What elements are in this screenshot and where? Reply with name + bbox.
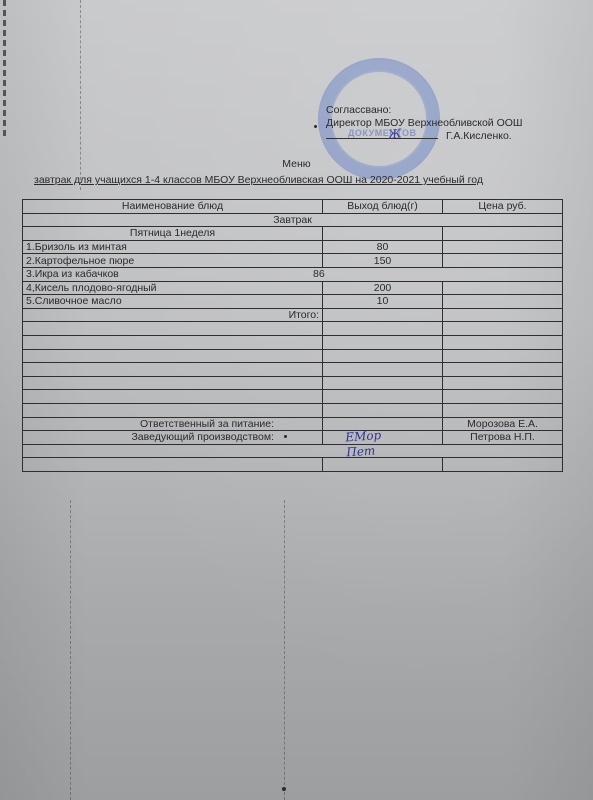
responsible-name: Морозова Е.А. <box>443 417 563 431</box>
empty-row <box>23 444 563 458</box>
dish-weight: 200 <box>323 281 443 295</box>
signature-underline <box>326 138 438 139</box>
fold-line <box>70 500 72 800</box>
dish-price <box>443 254 563 268</box>
dish-weight: 10 <box>323 295 443 309</box>
total-price-cell <box>443 308 563 322</box>
table-row: 3.Икра из кабачков 86 <box>23 267 563 281</box>
meal-row: Завтрак <box>23 213 563 227</box>
column-header-price: Цена руб. <box>443 200 563 214</box>
table-row: 1.Бризоль из минтая 80 <box>23 240 563 254</box>
approval-agreed-label: Соглассвано: <box>326 104 523 117</box>
dish-weight: 150 <box>323 254 443 268</box>
empty-row <box>23 403 563 417</box>
document-subtitle: завтрак для учащихся 1-4 классов МБОУ Ве… <box>34 174 483 186</box>
dish-name: 1.Бризоль из минтая <box>23 240 323 254</box>
day-weight-cell <box>323 227 443 241</box>
handwritten-signatures: ЕМор Пет <box>345 426 417 467</box>
responsible-role: Заведующий производством: <box>23 431 323 445</box>
ink-dot <box>282 787 286 791</box>
approval-position: Директор МБОУ Верхнеобливской ООШ <box>326 117 523 130</box>
table-row: 5.Сливочное масло 10 <box>23 295 563 309</box>
document-title: Меню <box>0 158 593 170</box>
column-header-weight: Выход блюд(г) <box>323 200 443 214</box>
total-label: Итого: <box>23 308 323 322</box>
empty-row <box>23 458 563 472</box>
fold-line <box>284 500 286 800</box>
approval-signer: Г.А.Кисленко. <box>446 130 512 142</box>
dish-name: 2.Картофельное пюре <box>23 254 323 268</box>
paper-edge-marks <box>3 0 6 140</box>
total-row: Итого: <box>23 308 563 322</box>
meal-label: Завтрак <box>23 213 563 227</box>
empty-row <box>23 322 563 336</box>
responsible-row: Заведующий производством: Петрова Н.П. <box>23 431 563 445</box>
column-header-dish: Наименование блюд <box>23 200 323 214</box>
dish-weight: 80 <box>323 240 443 254</box>
day-label: Пятница 1неделя <box>23 227 323 241</box>
day-price-cell <box>443 227 563 241</box>
table-row: 4,Кисель плодово-ягодный 200 <box>23 281 563 295</box>
approval-block: Соглассвано: Директор МБОУ Верхнеобливск… <box>326 104 523 143</box>
responsible-name: Петрова Н.П. <box>443 431 563 445</box>
total-weight-cell <box>323 308 443 322</box>
table-row: 2.Картофельное пюре 150 <box>23 254 563 268</box>
empty-row <box>23 335 563 349</box>
dish-name: 3.Икра из кабачков <box>23 267 323 281</box>
day-row: Пятница 1неделя <box>23 227 563 241</box>
dish-weight: 86 <box>313 267 433 281</box>
dish-price <box>443 295 563 309</box>
dish-price <box>443 267 563 281</box>
dish-price <box>443 240 563 254</box>
empty-row <box>23 390 563 404</box>
empty-row <box>23 376 563 390</box>
approval-signature-line: Г.А.Кисленко. <box>326 130 523 143</box>
responsible-role: Ответственный за питание: <box>23 417 323 431</box>
director-signature: Ж <box>387 126 402 141</box>
menu-table: Наименование блюд Выход блюд(г) Цена руб… <box>22 199 563 472</box>
dish-price <box>443 281 563 295</box>
table-header-row: Наименование блюд Выход блюд(г) Цена руб… <box>23 200 563 214</box>
empty-row <box>23 363 563 377</box>
ink-dot <box>284 435 287 438</box>
empty-row <box>23 349 563 363</box>
responsible-row: Ответственный за питание: Морозова Е.А. <box>23 417 563 431</box>
dish-name: 5.Сливочное масло <box>23 295 323 309</box>
dish-name: 4,Кисель плодово-ягодный <box>23 281 323 295</box>
ink-dot <box>314 125 317 128</box>
